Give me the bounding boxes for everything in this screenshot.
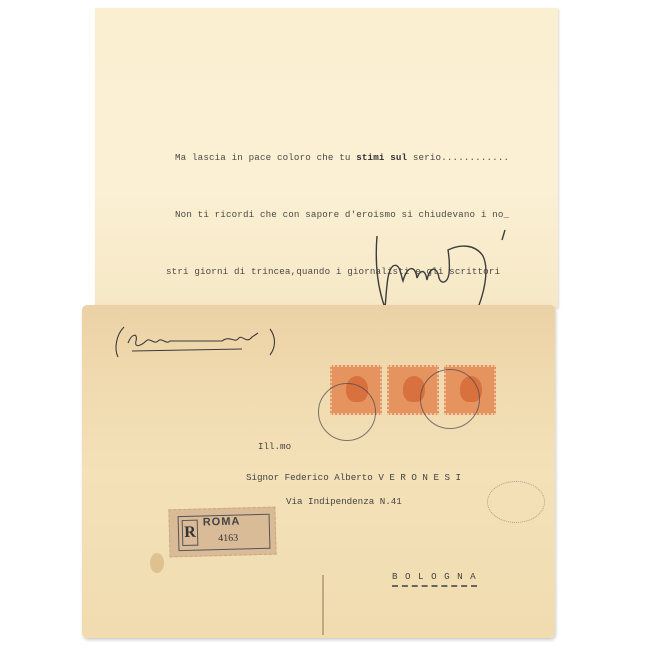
recipient-name: Signor Federico Alberto V E R O N E S I — [246, 472, 461, 483]
line-text: Ma lascia in pace coloro che tu — [175, 152, 356, 163]
recipient-street: Via Indipendenza N.41 — [286, 496, 402, 507]
salutation: Ill.mo — [258, 441, 291, 452]
fold-mark — [322, 575, 324, 635]
line-bold: stimi sul — [356, 152, 407, 163]
postmark-faint — [487, 481, 545, 523]
recipient-city: B O L O G N A — [392, 571, 477, 587]
registration-letter: R — [182, 520, 199, 546]
typed-letter: Ma lascia in pace coloro che tu stimi su… — [95, 8, 558, 308]
letter-line: Non ti ricordi che con sapore d'eroismo … — [175, 205, 509, 224]
registration-city: ROMA — [203, 516, 241, 529]
signature — [365, 226, 515, 312]
registration-number: 4163 — [218, 533, 238, 545]
registration-label: R ROMA 4163 — [168, 507, 276, 558]
line-text: Non ti ricordi che con sapore d'eroismo … — [175, 209, 509, 220]
postmark — [318, 383, 376, 441]
handwritten-note-raccomandata — [112, 321, 282, 361]
letter-line: Ma lascia in pace coloro che tu stimi su… — [175, 148, 509, 167]
stain — [150, 553, 164, 573]
line-text: serio............ — [407, 152, 509, 163]
envelope: Ill.mo Signor Federico Alberto V E R O N… — [82, 305, 555, 638]
postmark — [420, 369, 480, 429]
